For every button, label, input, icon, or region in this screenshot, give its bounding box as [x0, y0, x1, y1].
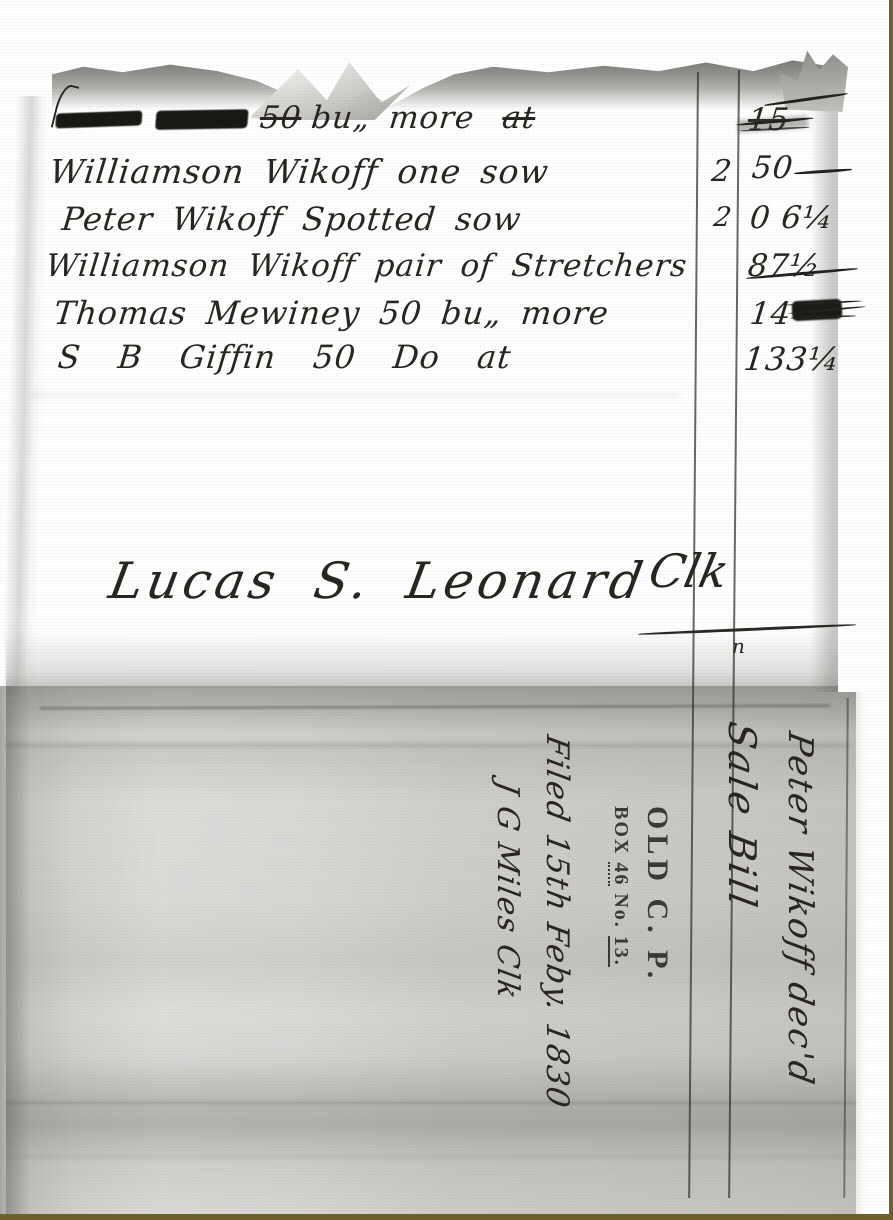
- quantity-value: 2: [710, 154, 734, 189]
- stamp-box-label: BOX: [610, 806, 632, 855]
- docket-filing-clerk: J G Miles Clk: [482, 722, 532, 1071]
- paper-right-edge-shadow: [810, 96, 838, 692]
- docket-filed-date: Filed 15th Feby. 1830: [532, 731, 582, 1080]
- ledger-row: Thomas Mewiney 50 bu„ more: [52, 294, 611, 332]
- ledger-row: S B Giffin 50 Do at: [56, 338, 513, 376]
- redaction-blob: [155, 109, 249, 130]
- scanner-margin-right-bottom: [856, 692, 889, 1214]
- stamp-no-num: 13.: [608, 936, 632, 967]
- ledger-row: Williamson Wikoff one sow: [48, 152, 551, 191]
- amount-value: 50: [750, 150, 795, 186]
- amount-value: 14: [748, 296, 793, 332]
- quantity-value: 2: [712, 202, 734, 233]
- amount-value: 87½: [746, 248, 822, 284]
- scanned-document: 50bu„ moreat Williamson Wikoff one sow P…: [0, 0, 893, 1220]
- amount-value: 0 6¼: [748, 200, 835, 236]
- fold-fade-gradient: [6, 630, 858, 688]
- amount-value: 133¼: [742, 340, 842, 378]
- ledger-row: 50bu„ moreat: [54, 100, 537, 136]
- docket-title-block: Peter Wikoff dec'd Sale Bill: [720, 718, 820, 1081]
- docket-filing-note: Filed 15th Feby. 1830 J G Miles Clk: [482, 722, 582, 1080]
- docket-decedent-name: Peter Wikoff dec'd: [780, 729, 820, 1081]
- ledger-row-text: bu„ more: [310, 100, 477, 136]
- struck-number: 50: [258, 100, 303, 136]
- ledger-row: Peter Wikoff Spotted sow: [60, 200, 523, 238]
- paper-left-edge-shadow-lower: [0, 686, 30, 1214]
- archive-stamp: OLD C. P. BOX 46 No. 13.: [609, 806, 674, 1036]
- clerk-signature-name: Lucas S. Leonard: [105, 552, 651, 610]
- redaction-blob: [55, 111, 142, 129]
- ledger-row: Williamson Wikoff pair of Stretchers: [44, 248, 689, 284]
- stamp-no-label: No.: [610, 893, 632, 928]
- stamp-box-num: 46: [608, 862, 632, 886]
- signature-flourish-mark: n: [732, 634, 745, 658]
- clerk-signature-title: Clk: [644, 544, 733, 598]
- fold-crease: [30, 392, 680, 398]
- stamp-box-number: BOX 46 No. 13.: [609, 806, 632, 1036]
- scanner-margin-right-top: [838, 0, 889, 692]
- docket-document-label: Sale Bill: [720, 718, 764, 1071]
- stamp-title: OLD C. P.: [640, 806, 674, 1036]
- struck-word: at: [501, 100, 538, 136]
